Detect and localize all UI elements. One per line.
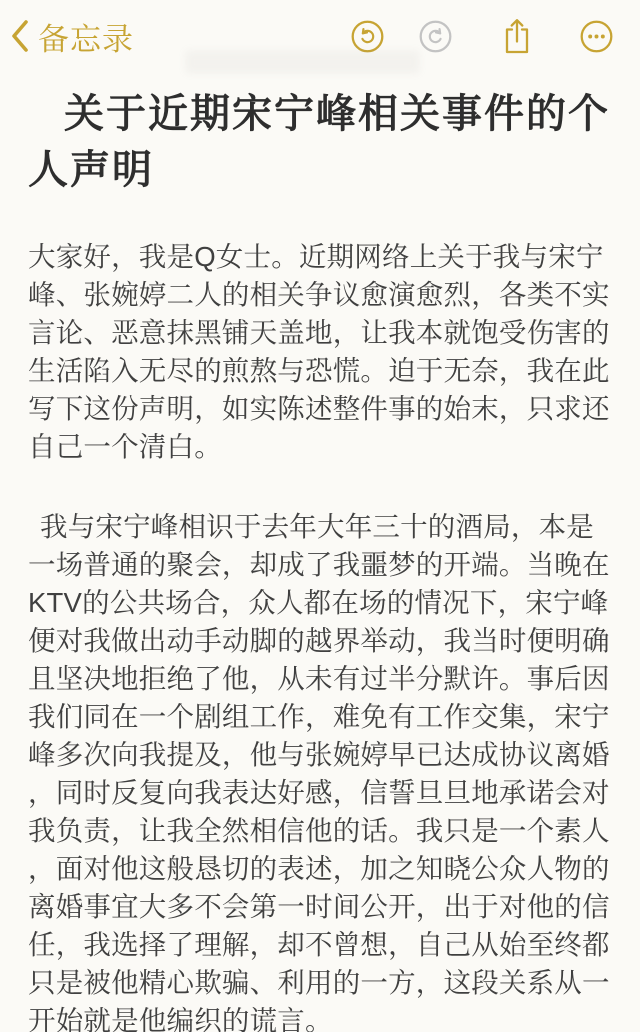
back-button[interactable]: 备忘录	[10, 14, 134, 59]
back-label: 备忘录	[38, 14, 134, 59]
undo-circle-icon	[351, 20, 384, 53]
more-button[interactable]	[580, 20, 613, 53]
note-paragraph: 大家好，我是Q女士。近期网络上关于我与宋宁峰、张婉婷二人的相关争议愈演愈烈，各类…	[28, 238, 612, 466]
faint-watermark	[185, 50, 420, 74]
share-icon	[502, 16, 532, 56]
note-paragraph: 我与宋宁峰相识于去年大年三十的酒局，本是一场普通的聚会，却成了我噩梦的开端。当晚…	[28, 508, 612, 1032]
chevron-left-icon	[10, 19, 29, 53]
note-editor[interactable]: 关于近期宋宁峰相关事件的个人声明 大家好，我是Q女士。近期网络上关于我与宋宁峰、…	[0, 72, 640, 1032]
share-button[interactable]	[502, 16, 532, 56]
redo-button[interactable]	[419, 20, 452, 53]
redo-circle-icon	[419, 20, 452, 53]
note-title: 关于近期宋宁峰相关事件的个人声明	[28, 86, 612, 198]
undo-button[interactable]	[351, 20, 384, 53]
ellipsis-circle-icon	[580, 20, 613, 53]
notes-app-screen: 备忘录	[0, 0, 640, 1032]
